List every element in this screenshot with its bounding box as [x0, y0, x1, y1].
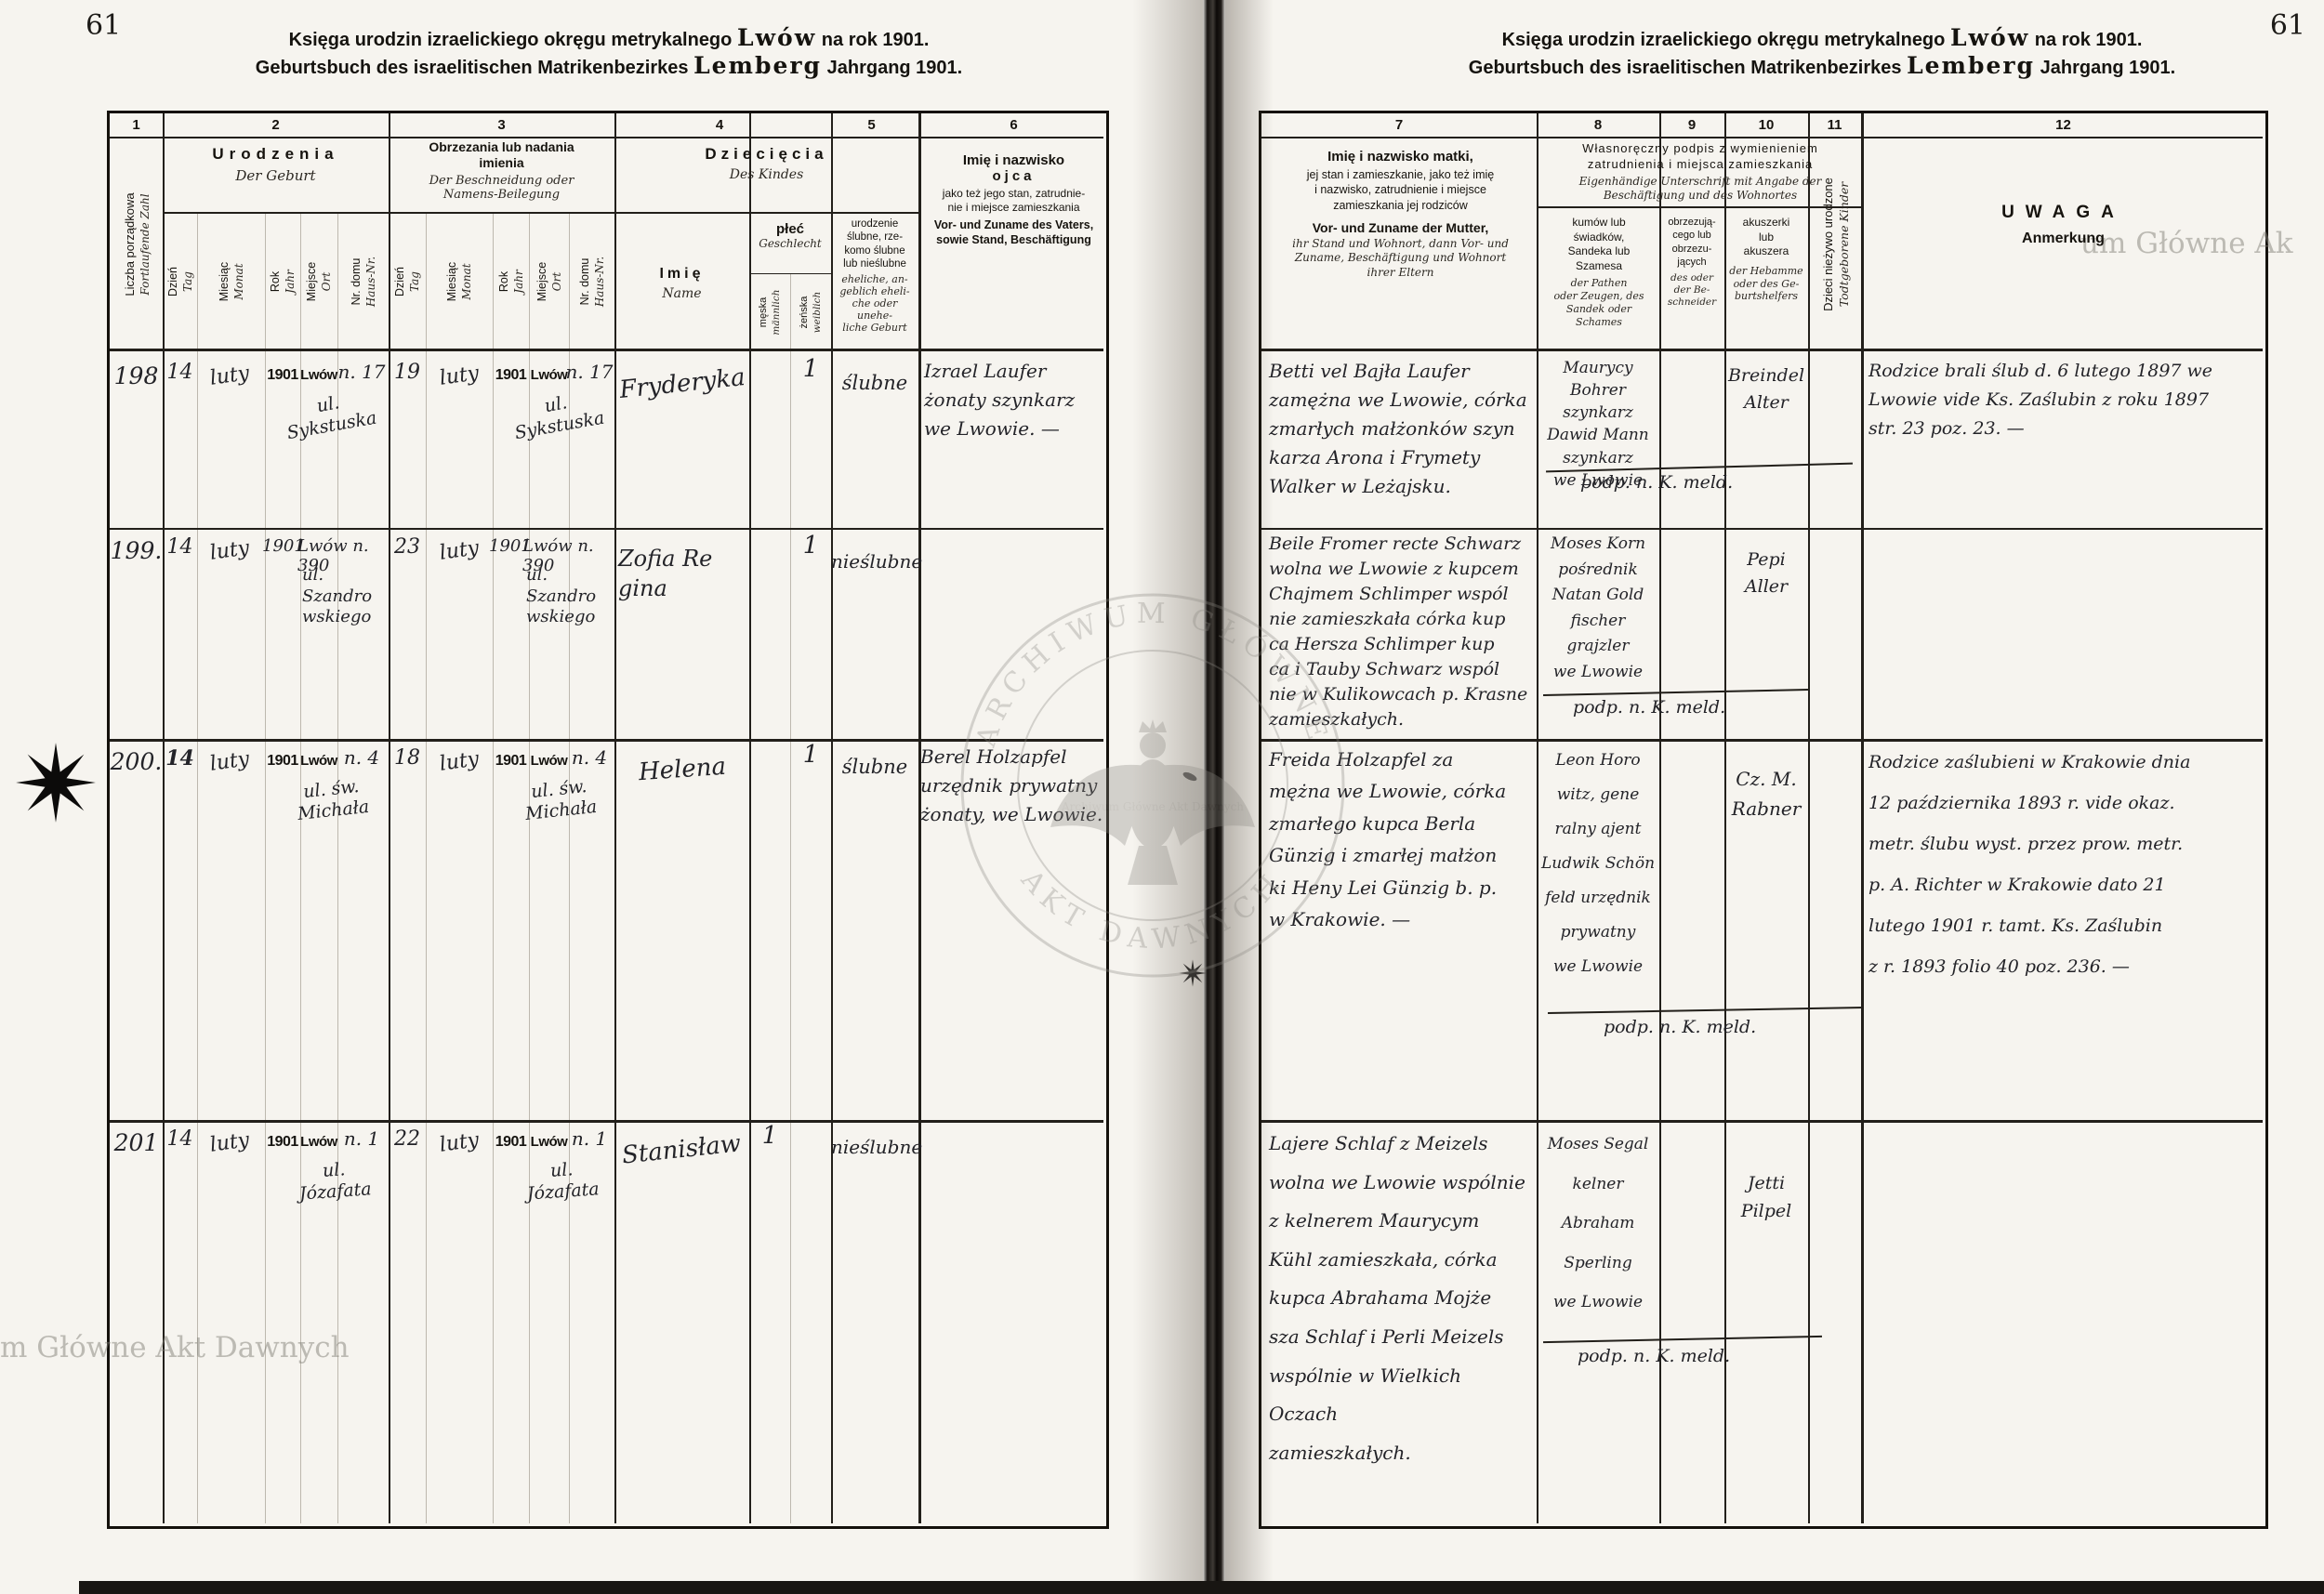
column-number-12: 12 — [1861, 117, 2265, 133]
column-number-4: 4 — [614, 117, 825, 133]
header-remarks: UWAGA Anmerkung — [1861, 203, 2265, 247]
left-title-pl: Księga urodzin izraelickiego okręgu metr… — [237, 24, 981, 51]
r199-signature-note: podp. n. K. meld. — [1573, 697, 1815, 718]
header-sex: płeć Geschlecht — [749, 221, 831, 250]
r200-serial: 200. — [110, 748, 163, 775]
r198-circ-year-stamp: 1901 — [492, 367, 530, 384]
r200-circ-day: 18 — [389, 746, 426, 770]
r201-circ-street: ul. Józafata — [510, 1156, 615, 1205]
scan-bottom-edge — [79, 1581, 2324, 1594]
archive-seal-watermark: ARCHIWUM GŁÓWNE AKT DAWNYCH Archiwum Głó… — [953, 586, 1353, 985]
r201-serial: 201 — [110, 1129, 163, 1156]
r198-circ-house: n. 17 — [564, 361, 614, 383]
column-number-6: 6 — [918, 117, 1109, 133]
r201-circ-year-stamp: 1901 — [492, 1134, 530, 1151]
r200-birth-day: 14 — [163, 746, 197, 771]
r201-midwife: Jetti Pilpel — [1726, 1169, 1806, 1226]
header-mother: Imię i nazwisko matki, jej stan i zamies… — [1264, 149, 1537, 281]
header-birth-day: DzieńTag — [163, 214, 197, 349]
r199-legitimacy: nieślubne — [831, 550, 918, 573]
header-birth-place: MiejsceOrt — [300, 214, 337, 349]
header-circumcision: Obrzezania lub nadania imienia Der Besch… — [389, 139, 614, 203]
header-birth: Urodzenia Der Geburt — [163, 145, 389, 184]
column-number-8: 8 — [1537, 117, 1659, 133]
r200-birth-house: n. 4 — [335, 746, 389, 769]
left-title-de: Geburtsbuch des israelitischen Matrikenb… — [237, 52, 981, 79]
header-legitimacy: urodzenie ślubne, rze- komo ślubne lub n… — [833, 217, 917, 334]
header-circ-day: DzieńTag — [389, 214, 426, 349]
r201-birth-place-stamp: Lwów — [299, 1134, 338, 1150]
r198-birth-house: n. 17 — [335, 361, 389, 383]
header-birth-year: RokJahr — [265, 214, 300, 349]
margin-star-mark — [15, 742, 97, 823]
r199-serial: 199. — [110, 537, 163, 564]
column-number-9: 9 — [1659, 117, 1724, 133]
column-number-3: 3 — [389, 117, 614, 133]
r201-circ-day: 22 — [389, 1127, 426, 1151]
column-number-10: 10 — [1724, 117, 1808, 133]
column-number-7: 7 — [1261, 117, 1537, 133]
r198-sex-female-mark: 1 — [790, 355, 831, 383]
r201-birth-house: n. 1 — [335, 1127, 389, 1150]
r198-birth-day: 14 — [163, 361, 197, 384]
header-sex-male: męskamännlich — [749, 275, 790, 349]
r200-signature-note: podp. n. K. meld. — [1604, 1017, 1845, 1037]
header-sex-female: żeńskaweiblich — [790, 275, 831, 349]
header-birth-month: MiesiącMonat — [197, 214, 265, 349]
r200-remarks: Rodzice zaślubieni w Krakowie dnia 12 pa… — [1868, 742, 2259, 987]
r199-birth-street: ul. Szandro wskiego — [302, 565, 390, 628]
header-birth-house: Nr. domuHaus-Nr. — [337, 214, 389, 349]
r200-midwife: Cz. M. Rabner — [1726, 764, 1806, 823]
r201-circ-house: n. 1 — [564, 1127, 614, 1150]
watermark-center-line: Archiwum Główne Akt Dawnych — [1061, 800, 1244, 813]
r200-circ-house: n. 4 — [564, 746, 614, 769]
header-circumciser: obrzezują- cego lub obrzezu- jących des … — [1661, 216, 1723, 310]
header-circ-place: MiejsceOrt — [529, 214, 569, 349]
header-father: Imię i nazwisko ojca jako też jego stan,… — [920, 152, 1107, 248]
column-number-5: 5 — [825, 117, 918, 133]
r200-legitimacy: ślubne — [831, 756, 918, 778]
r198-midwife: Breindel Alter — [1726, 362, 1806, 415]
header-midwife: akuszerki lub akuszera der Hebamme oder … — [1726, 216, 1806, 303]
r201-signature-note: podp. n. K. meld. — [1578, 1346, 1819, 1366]
r198-father: Izrael Laufer żonaty szynkarz we Lwowie.… — [924, 357, 1106, 443]
left-page-number: 61 — [86, 9, 121, 42]
right-title-de: Geburtsbuch des israelitischen Matrikenb… — [1450, 52, 2194, 79]
r198-serial: 198 — [110, 362, 163, 389]
r201-sex-male-mark: 1 — [749, 1122, 790, 1150]
r200-witnesses: Leon Horo witz, gene ralny ajent Ludwik … — [1539, 744, 1657, 984]
r200-birth-place-stamp: Lwów — [299, 753, 338, 769]
header-circ-year: RokJahr — [493, 214, 529, 349]
r198-mother: Betti vel Bajła Laufer zamężna we Lwowie… — [1269, 357, 1534, 501]
r201-mother: Lajere Schlaf z Meizels wolna we Lwowie … — [1269, 1125, 1534, 1472]
r201-legitimacy: nieślubne — [831, 1136, 918, 1158]
r200-sex-female-mark: 1 — [790, 741, 831, 769]
header-circ-house: Nr. domuHaus-Nr. — [569, 214, 614, 349]
r198-legitimacy: ślubne — [831, 372, 918, 394]
column-number-11: 11 — [1808, 117, 1861, 133]
r200-birth-year-stamp: 1901 — [264, 753, 301, 770]
r199-birth-day: 14 — [163, 535, 197, 559]
r201-birth-day: 14 — [163, 1127, 197, 1151]
r201-witnesses: Moses Segal kelner Abraham Sperling we L… — [1539, 1125, 1657, 1323]
r201-birth-year-stamp: 1901 — [264, 1134, 301, 1151]
r200-circ-year-stamp: 1901 — [492, 753, 530, 770]
right-page-number: 61 — [2250, 9, 2305, 42]
r199-witnesses: Moses Korn pośrednik Natan Gold fischer … — [1539, 532, 1657, 685]
r198-remarks: Rodzice brali ślub d. 6 lutego 1897 we L… — [1868, 357, 2259, 442]
r199-child-name: Zofia Re gina — [618, 544, 750, 604]
r199-sex-female-mark: 1 — [790, 532, 831, 560]
r198-circ-day: 19 — [389, 361, 426, 384]
register-spread: 61 61 Księga urodzin izraelickiego okręg… — [0, 0, 2324, 1594]
header-serial-number: Liczba porządkowa Fortlaufende Zahl — [111, 139, 163, 349]
r199-circ-day: 23 — [389, 535, 426, 559]
r199-circ-street: ul. Szandro wskiego — [526, 565, 614, 628]
r198-birth-place-stamp: Lwów — [299, 367, 338, 383]
right-title-pl: Księga urodzin izraelickiego okręgu metr… — [1450, 24, 2194, 51]
header-child: Dziecięcia Des Kindes — [614, 145, 918, 182]
r199-midwife: Pepi Aller — [1726, 547, 1806, 599]
header-witnesses: kumów lub świadków, Sandeka lub Szamesa … — [1541, 216, 1657, 328]
column-number-2: 2 — [163, 117, 389, 133]
header-circ-month: MiesiącMonat — [426, 214, 493, 349]
header-name: Imię Name — [614, 266, 749, 301]
r201-birth-street: ul. Józafata — [283, 1156, 388, 1205]
watermark-fragment-bottom-left: m Główne Akt Dawnych — [0, 1331, 350, 1364]
header-stillborn: Dzieci nieżywo urodzone Todtgeborene Kin… — [1810, 139, 1861, 349]
column-number-1: 1 — [110, 117, 163, 133]
r198-signature-note: podp. n. K. meld. — [1580, 472, 1822, 493]
r198-birth-year-stamp: 1901 — [264, 367, 301, 384]
